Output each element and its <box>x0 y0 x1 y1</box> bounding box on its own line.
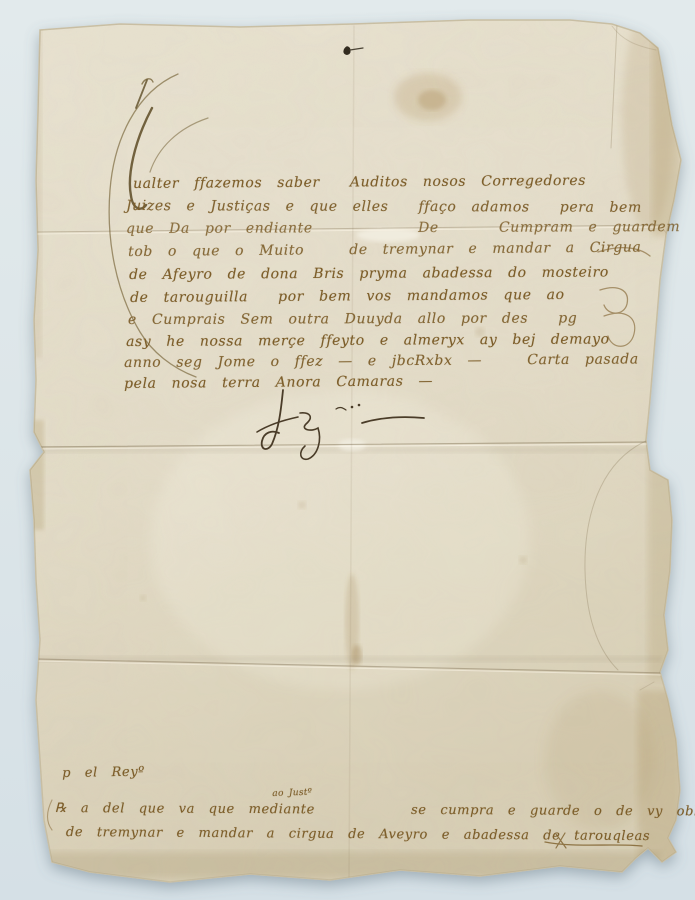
corner-mottling <box>545 690 655 830</box>
top-stain-core <box>418 90 446 110</box>
manuscript-photo-art <box>0 0 695 900</box>
light-sheen <box>150 390 530 690</box>
foxing-dot <box>519 556 527 564</box>
foxing-dot <box>140 595 146 601</box>
photograph-of-manuscript: ualter ffazemos saber Auditos nosos Corr… <box>0 0 695 900</box>
right-edge-stain-mid <box>648 430 682 680</box>
bottom-edge-stain <box>40 852 660 878</box>
folded-flap-shade <box>622 10 674 230</box>
foxing-dot <box>475 327 485 337</box>
foxing-dot <box>298 501 306 509</box>
foxing-dot <box>521 178 529 186</box>
signature-dot <box>351 406 354 409</box>
signature-dot <box>358 404 361 407</box>
left-edge-shade <box>32 28 42 358</box>
